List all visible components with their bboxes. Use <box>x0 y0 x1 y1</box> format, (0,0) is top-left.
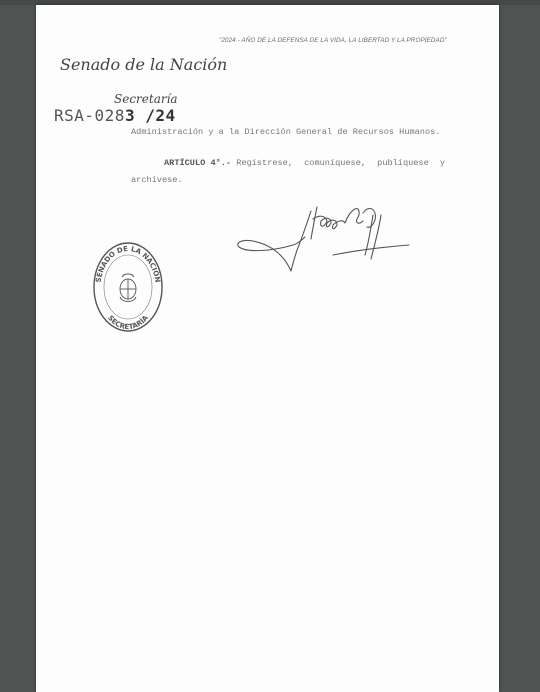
article-text: Regístrese, comuníquese, publíquese y <box>236 158 445 168</box>
svg-text:SENADO DE LA NACIÓN: SENADO DE LA NACIÓN <box>94 245 161 283</box>
header-motto: "2024 - AÑO DE LA DEFENSA DE LA VIDA, LA… <box>219 37 447 44</box>
body-line-3: archívese. <box>131 175 183 185</box>
signature-icon <box>233 193 413 283</box>
document-page: "2024 - AÑO DE LA DEFENSA DE LA VIDA, LA… <box>36 5 499 692</box>
letterhead-senado: Senado de la Nación <box>60 55 227 74</box>
resolution-number: RSA-0283 /24 <box>54 106 176 125</box>
svg-text:SECRETARÍA: SECRETARÍA <box>106 314 150 332</box>
resolution-number-light: 028 <box>95 106 125 125</box>
article-number: 4°.- <box>210 158 231 168</box>
resolution-number-bold: 3 /24 <box>125 106 176 125</box>
resolution-prefix: RSA- <box>54 106 95 125</box>
body-line-1: Administración y a la Dirección General … <box>131 127 440 137</box>
article-4-line: ARTÍCULO 4°.- Regístrese, comuníquese, p… <box>164 158 445 168</box>
article-label: ARTÍCULO <box>164 158 205 168</box>
secretaria-seal-icon: SENADO DE LA NACIÓN SECRETARÍA <box>90 237 166 333</box>
stamp-office: Secretaría <box>114 92 178 106</box>
